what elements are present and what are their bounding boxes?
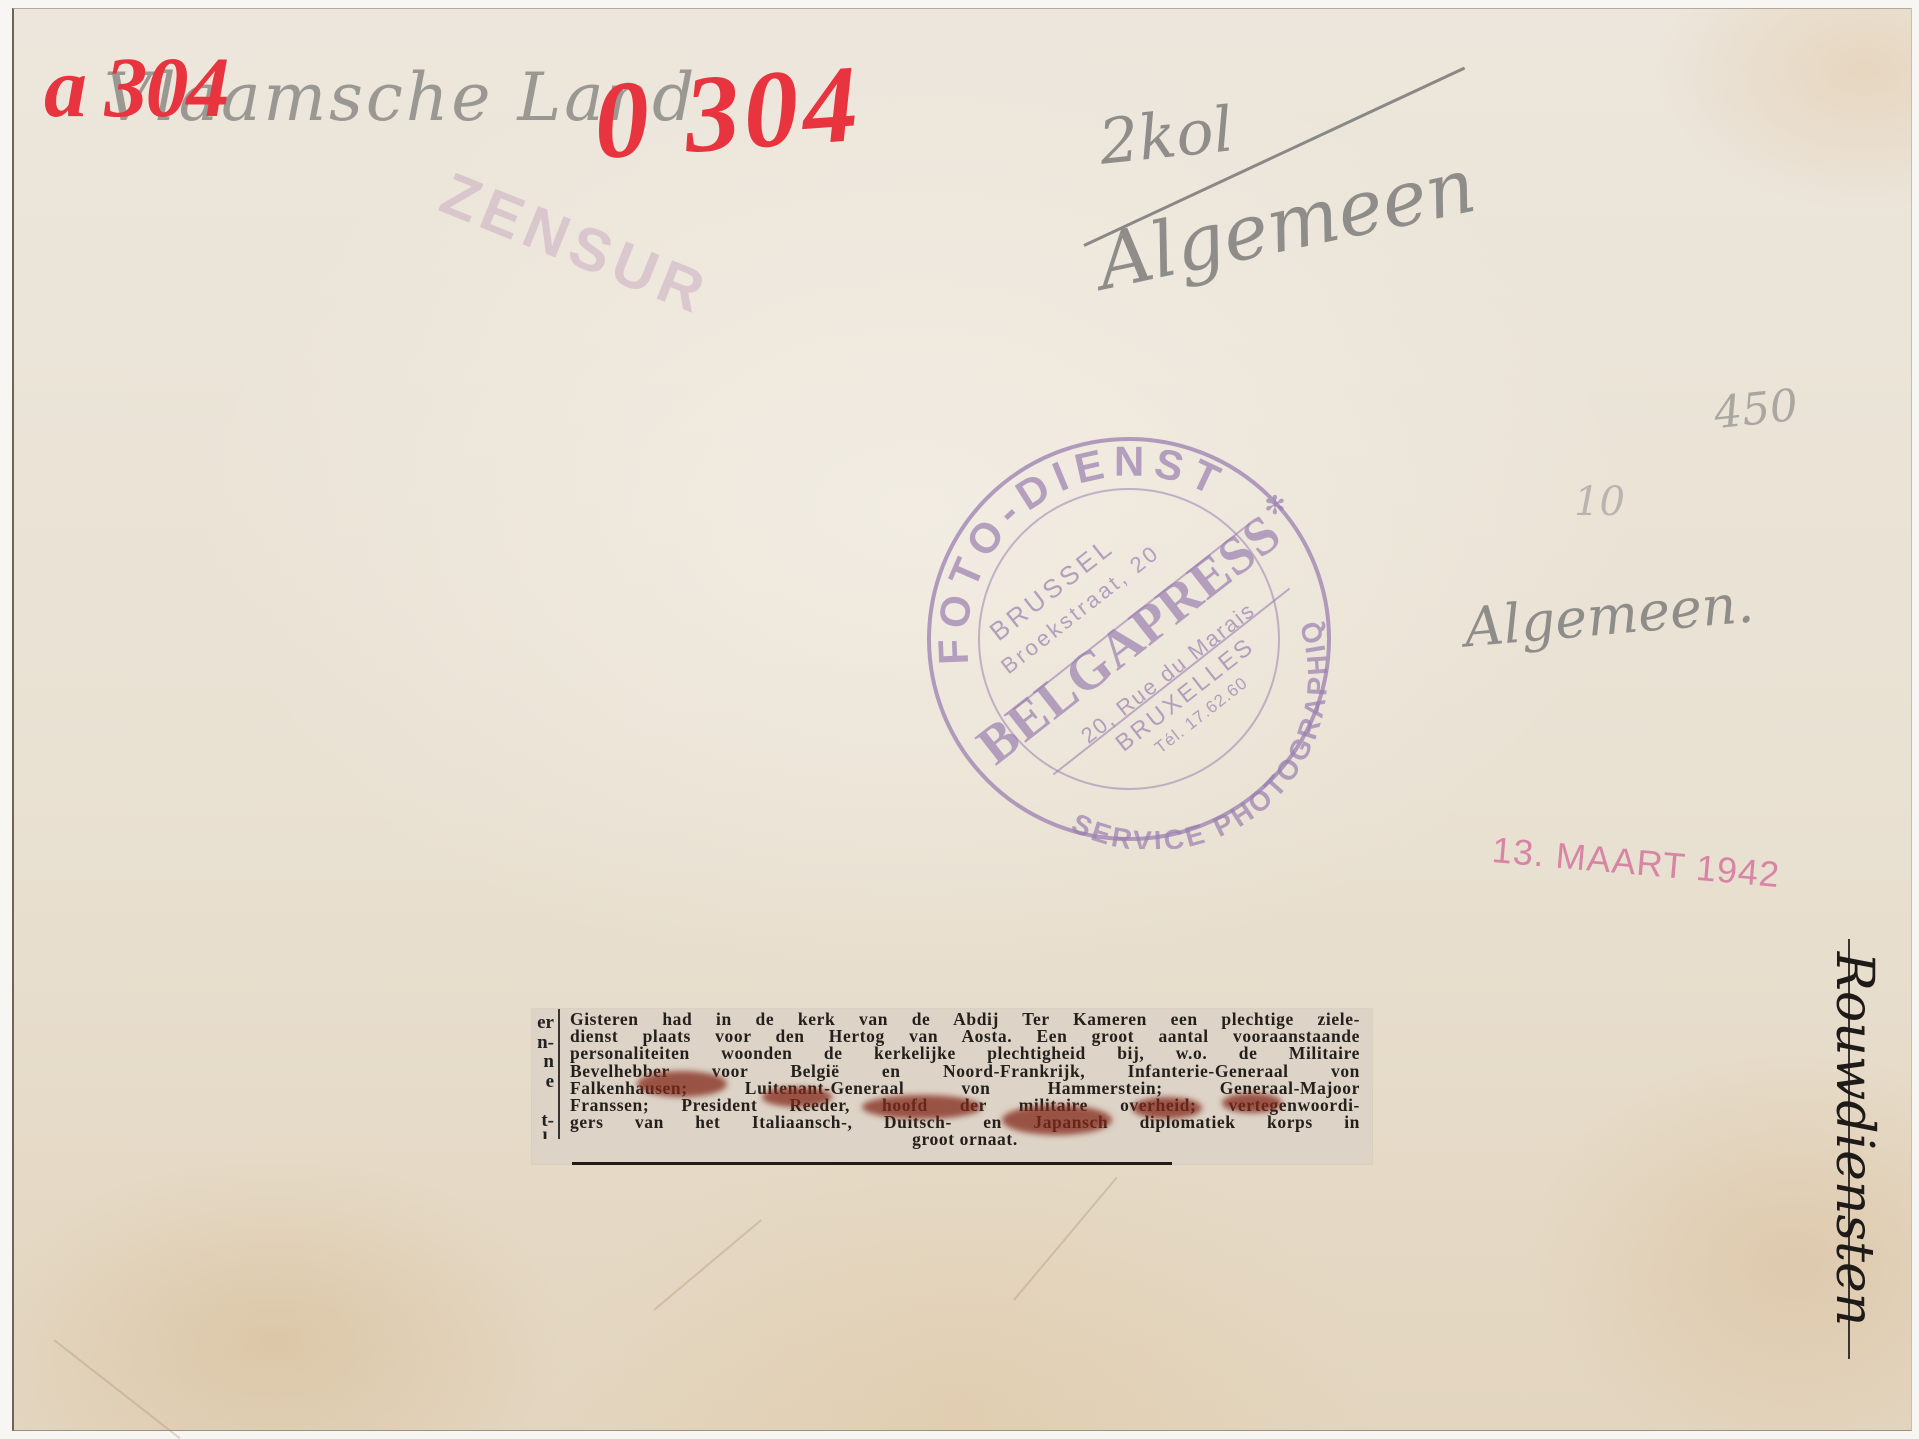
clipping-fragment: n <box>532 1052 554 1072</box>
newspaper-caption-clipping: ern-ne t-l- Gisteren had in de kerk van … <box>532 1009 1372 1164</box>
clipping-line: groot ornaat. <box>570 1131 1360 1148</box>
star-ornament-icon: ✻ <box>1264 490 1286 520</box>
ink-vertical-category: Rouwdiensten <box>1824 909 1884 1369</box>
rust-stain <box>1002 1105 1112 1135</box>
pencil-columns-note: 2kol <box>1096 92 1237 179</box>
clipping-adjacent-column-fragment: ern-ne t-l- <box>532 1009 560 1139</box>
red-archive-code-mid: 0 304 <box>590 40 866 185</box>
pencil-small-number: 10 <box>1574 479 1625 525</box>
rust-stain <box>862 1095 982 1119</box>
clipping-fragment <box>532 1091 554 1111</box>
clipping-fragment: e <box>532 1072 554 1092</box>
paper-crease <box>53 1339 180 1439</box>
pencil-category: Algemeen. <box>1462 571 1756 659</box>
clipping-fragment: n- <box>532 1033 554 1053</box>
rust-stain <box>762 1087 832 1107</box>
pencil-number: 450 <box>1712 380 1801 439</box>
belgapress-agency-stamp: FOTO-DIENST SERVICE PHOTOGRAPHIQUE BRUSS… <box>919 429 1339 849</box>
clipping-fragment: l- <box>532 1130 554 1139</box>
clipping-rule <box>572 1162 1172 1165</box>
ghost-censor-stamp: ZENSUR <box>431 159 719 329</box>
received-date-stamp: 13. MAART 1942 <box>1490 829 1781 896</box>
paper-crease <box>653 1219 762 1311</box>
paper-crease <box>1013 1177 1117 1301</box>
rust-stain <box>1222 1093 1282 1113</box>
clipping-fragment: t- <box>532 1111 554 1131</box>
photo-verso-card: ZENSUR Vlaamsche Land a 304 0 304 2kol A… <box>12 8 1912 1431</box>
red-archive-code-left: a 304 <box>44 37 228 137</box>
clipping-fragment: er <box>532 1013 554 1033</box>
rust-stain <box>1132 1097 1202 1119</box>
rust-stain <box>637 1071 727 1097</box>
